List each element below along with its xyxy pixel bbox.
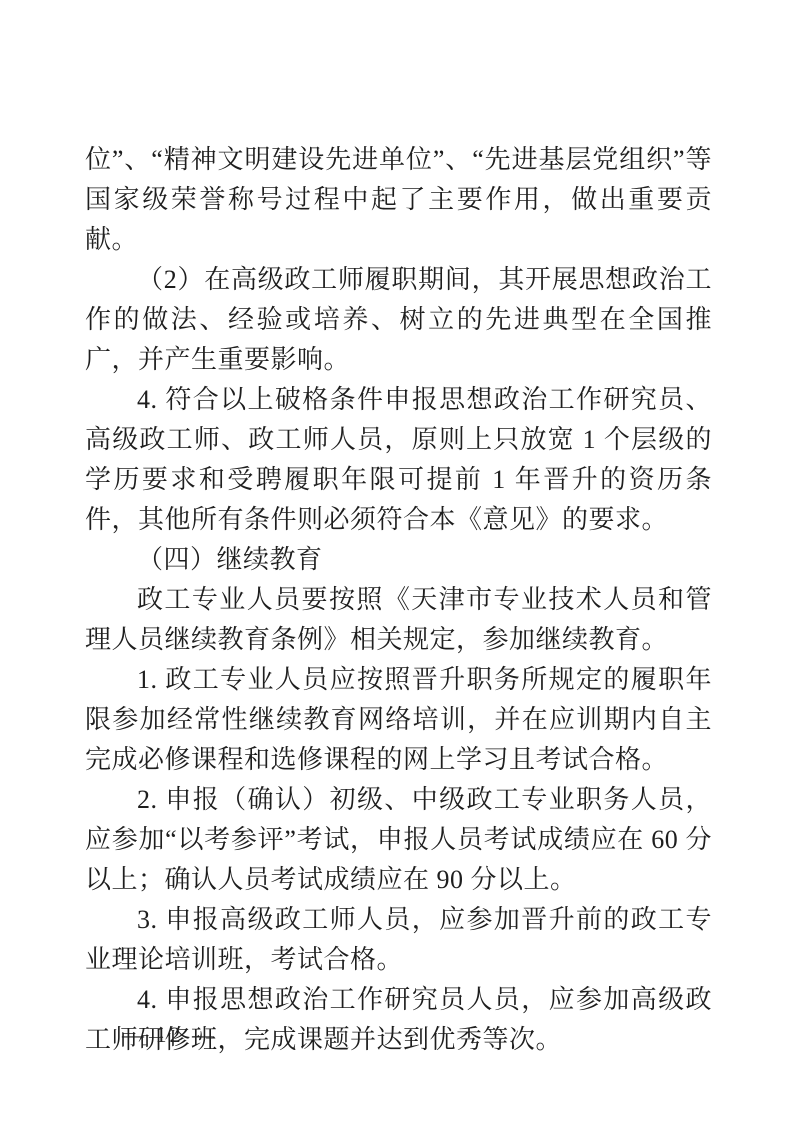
document-body: 位”、“精神文明建设先进单位”、“先进基层党组织”等国家级荣誉称号过程中起了主要… xyxy=(85,140,712,1060)
paragraph-item-2: （2）在高级政工师履职期间，其开展思想政治工作的做法、经验或培养、树立的先进典型… xyxy=(85,260,712,380)
page-number: — 12 — xyxy=(122,1020,217,1050)
paragraph-continuation: 位”、“精神文明建设先进单位”、“先进基层党组织”等国家级荣誉称号过程中起了主要… xyxy=(85,140,712,260)
paragraph-item-4: 4. 符合以上破格条件申报思想政治工作研究员、高级政工师、政工师人员，原则上只放… xyxy=(85,380,712,540)
paragraph-continuing-education-intro: 政工专业人员要按照《天津市专业技术人员和管理人员继续教育条例》相关规定，参加继续… xyxy=(85,580,712,660)
paragraph-rule-3: 3. 申报高级政工师人员，应参加晋升前的政工专业理论培训班，考试合格。 xyxy=(85,900,712,980)
paragraph-rule-2: 2. 申报（确认）初级、中级政工专业职务人员，应参加“以考参评”考试，申报人员考… xyxy=(85,780,712,900)
document-page: 位”、“精神文明建设先进单位”、“先进基层党组织”等国家级荣誉称号过程中起了主要… xyxy=(0,0,793,1122)
section-heading-continuing-education: （四）继续教育 xyxy=(85,540,712,580)
paragraph-rule-1: 1. 政工专业人员应按照晋升职务所规定的履职年限参加经常性继续教育网络培训，并在… xyxy=(85,660,712,780)
